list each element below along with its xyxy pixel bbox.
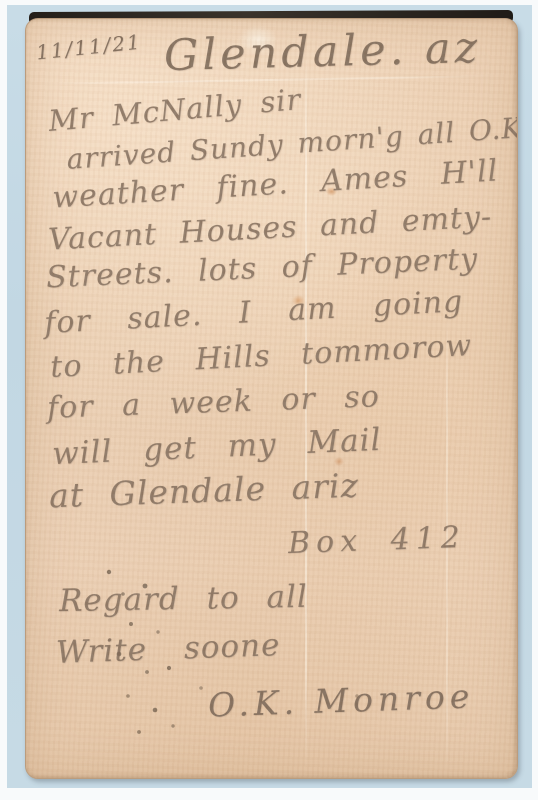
vertical-crease [446,309,448,769]
handwriting-line: for a week or so [46,379,380,426]
handwritten-closing: Regard to all [59,579,308,619]
handwriting-line: Vacant Houses and emty- [47,199,493,257]
rust-stain [292,295,305,306]
handwritten-location-heading: Glendale. az [163,23,481,81]
handwritten-closing: Write soone [55,627,281,671]
handwritten-po-box: Box 412 [287,520,466,561]
vertical-crease [305,55,307,767]
horizontal-crease [42,75,492,85]
handwriting-line: for sale. I am going [43,284,464,341]
handwritten-signature: O.K. Monroe [207,676,475,724]
rust-stain [326,187,337,196]
rust-stain [334,457,344,466]
handwriting-line: Streets. lots of Property [45,242,478,296]
handwriting-line: will get my Mail [51,422,382,472]
handwriting-line: to the Hills tommorow [49,328,473,385]
handwriting-line: at Glendale ariz [48,466,359,516]
light-stain [238,25,278,55]
handwriting-line: arrived Sundy morn'g all O.K [65,111,518,176]
handwriting-line: weather fine. Ames H'll [51,153,499,215]
postcard-photo: 11/11/21 Glendale. az Mr McNally sir arr… [0,0,538,800]
handwritten-date: 11/11/21 [35,30,143,65]
postcard-back: 11/11/21 Glendale. az Mr McNally sir arr… [25,18,518,779]
handwriting-line: Mr McNally sir [47,82,303,138]
